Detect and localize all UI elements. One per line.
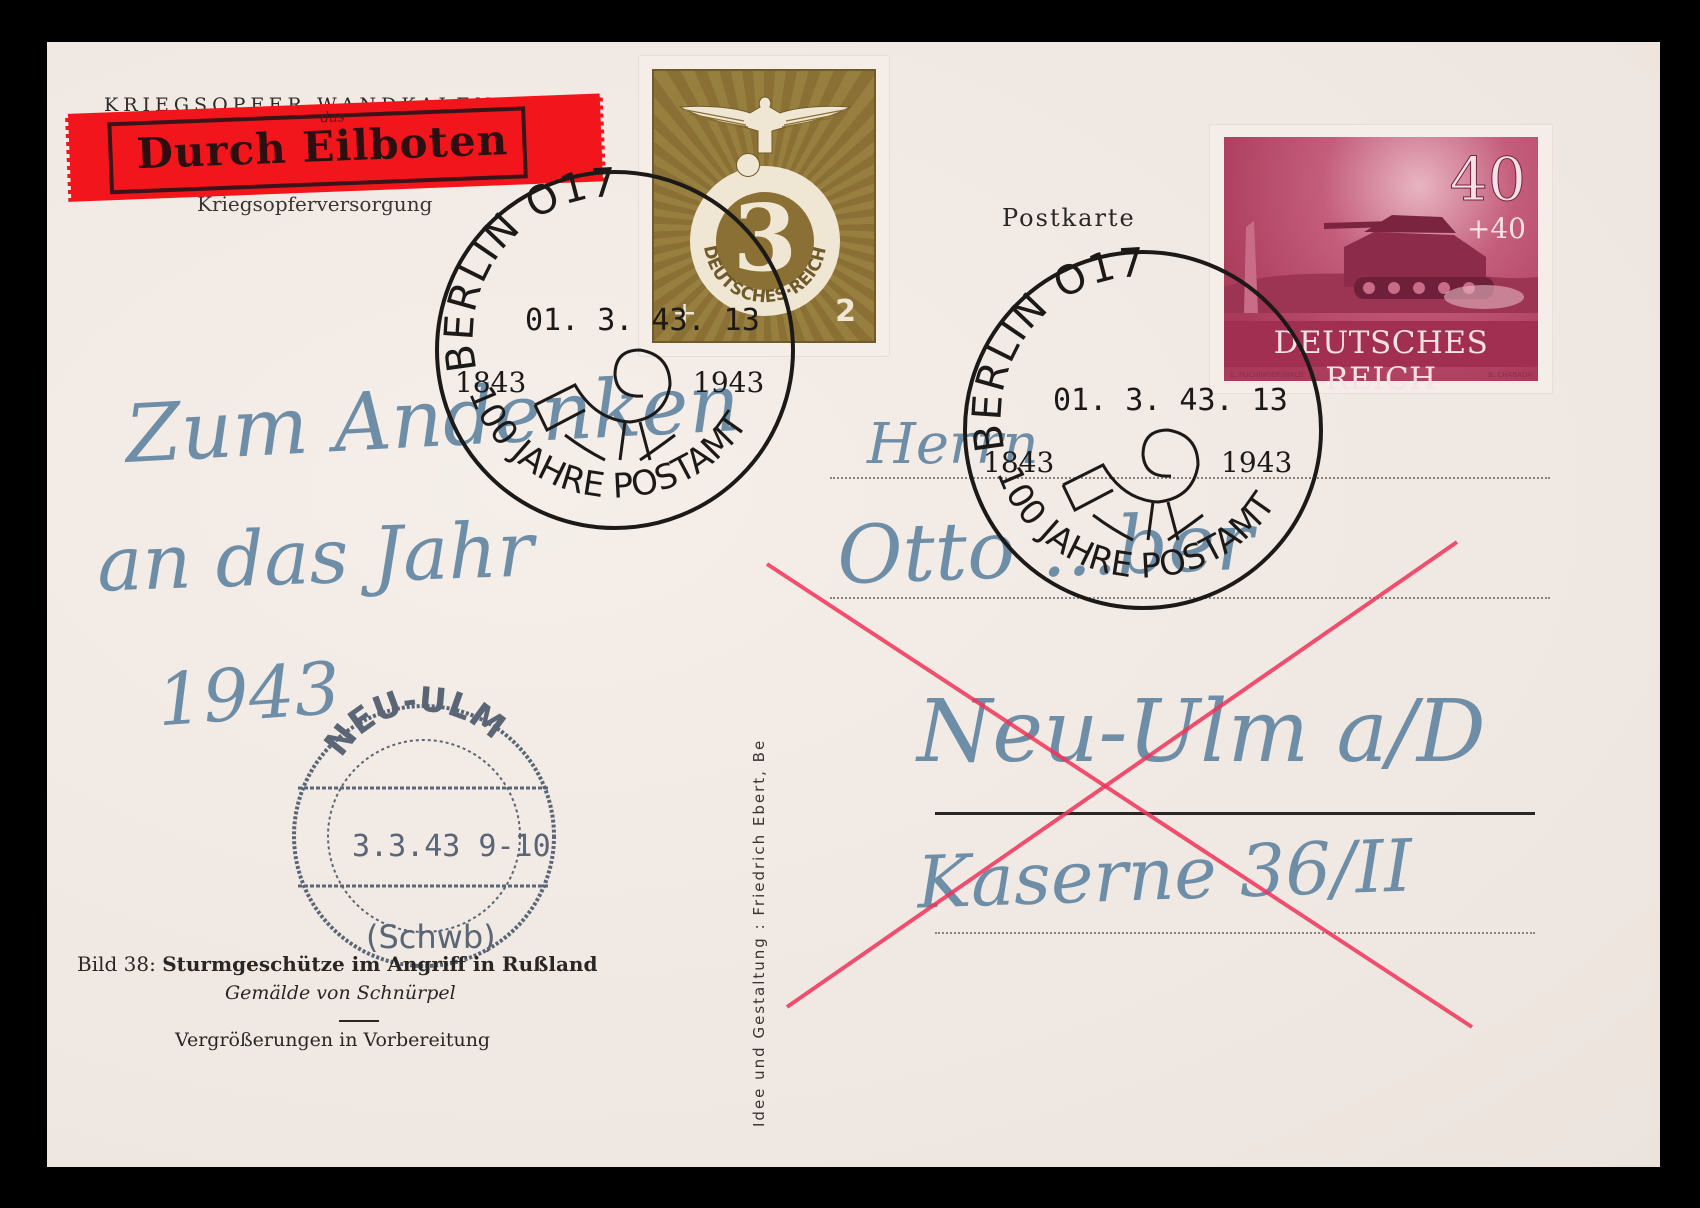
postcard: KRIEGSOPFER-WANDKALENDER der Nationalsoz… bbox=[47, 42, 1660, 1167]
caption-label: Bild 38: bbox=[77, 952, 156, 976]
caption-divider bbox=[339, 1020, 379, 1022]
caption-title: Bild 38: Sturmgeschütze im Angriff in Ru… bbox=[77, 952, 597, 976]
design-credit: Idee und Gestaltung : Friedrich Ebert, B… bbox=[750, 739, 768, 1127]
caption-title-text: Sturmgeschütze im Angriff in Rußland bbox=[162, 952, 597, 976]
caption-note: Vergrößerungen in Vorbereitung bbox=[175, 1029, 490, 1051]
caption-subtitle: Gemälde von Schnürpel bbox=[225, 982, 456, 1004]
